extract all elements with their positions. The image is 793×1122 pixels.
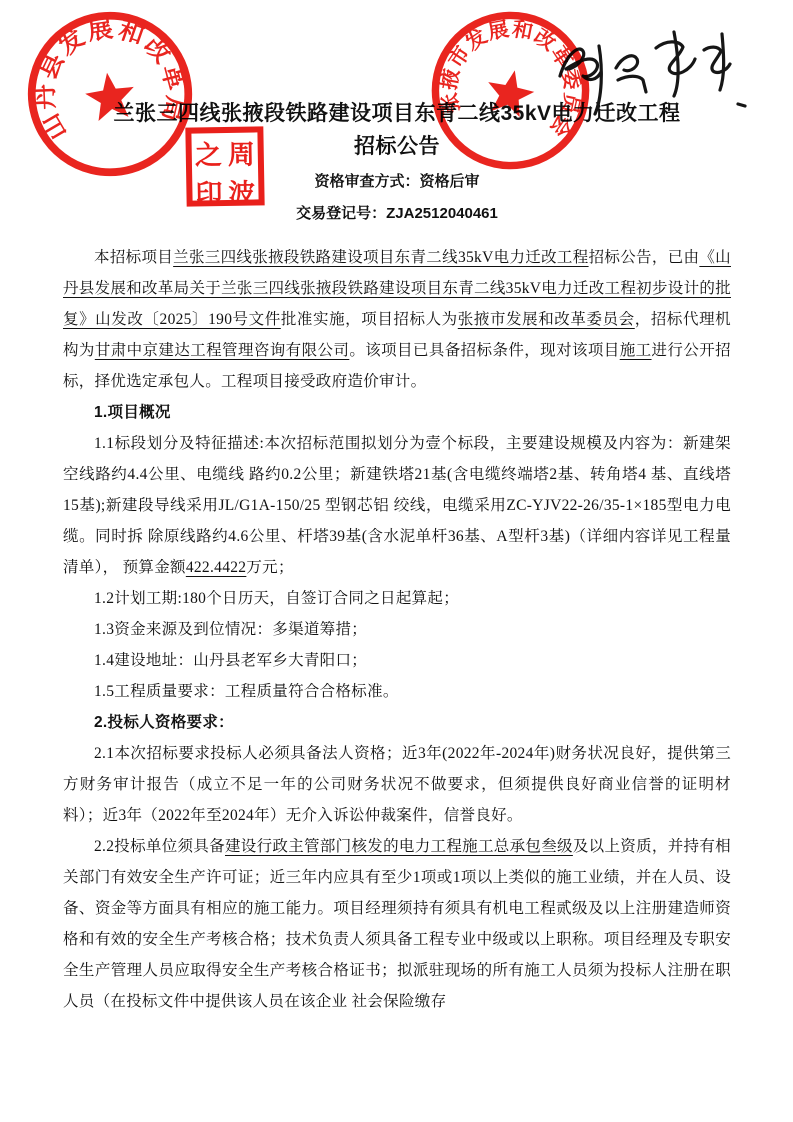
seal-char: 波 <box>228 171 256 210</box>
official-seal-zhangye-graphic: 张掖市发展和改革委员会 <box>413 0 609 188</box>
clause-1-2: 1.2计划工期:180个日历天，自签订合同之日起算起； <box>63 583 731 614</box>
clause-1-4: 1.4建设地址：山丹县老军乡大青阳口； <box>63 645 731 676</box>
document-body: 本招标项目兰张三四线张掖段铁路建设项目东青二线35kV电力迁改工程招标公告，已由… <box>63 242 731 1017</box>
clause-1-5: 1.5工程质量要求：工程质量符合合格标准。 <box>63 676 731 707</box>
seal-char: 周 <box>227 132 255 171</box>
clause-1-1: 1.1标段划分及特征描述:本次招标范围拟划分为壹个标段，主要建设规模及内容为：新… <box>63 428 731 583</box>
seal-star-icon <box>83 69 138 122</box>
clause-2-1: 2.1本次招标要求投标人必须具备法人资格；近3年(2022年-2024年)财务状… <box>63 738 731 831</box>
seal-char: 之 <box>194 133 222 172</box>
transaction-id-line: 交易登记号：ZJA2512040461 <box>63 203 731 225</box>
intro-paragraph: 本招标项目兰张三四线张掖段铁路建设项目东青二线35kV电力迁改工程招标公告，已由… <box>63 242 731 397</box>
section-1-heading: 1.项目概况 <box>63 397 731 428</box>
clause-2-2: 2.2投标单位须具备建设行政主管部门核发的电力工程施工总承包叁级及以上资质，并持… <box>63 831 731 1017</box>
document-content: 兰张三四线张掖段铁路建设项目东青二线35kV电力迁改工程 招标公告 资格审查方式… <box>63 97 731 1017</box>
official-seal-shandan-graphic: 山丹县发展和改革局 <box>13 0 207 191</box>
section-2-heading: 2.投标人资格要求： <box>63 707 731 738</box>
document-page: 山丹县发展和改革局 张掖市发展和改革委员会 之 周 印 波 <box>0 0 793 1122</box>
personal-name-seal: 之 周 印 波 <box>185 126 264 206</box>
qualification-method-line: 资格审查方式：资格后审 <box>63 171 731 193</box>
seal-star-icon <box>482 65 537 119</box>
official-seal-shandan: 山丹县发展和改革局 <box>13 0 207 191</box>
seal-char: 印 <box>195 172 223 211</box>
clause-1-3: 1.3资金来源及到位情况：多渠道筹措； <box>63 614 731 645</box>
official-seal-zhangye: 张掖市发展和改革委员会 <box>413 0 609 188</box>
